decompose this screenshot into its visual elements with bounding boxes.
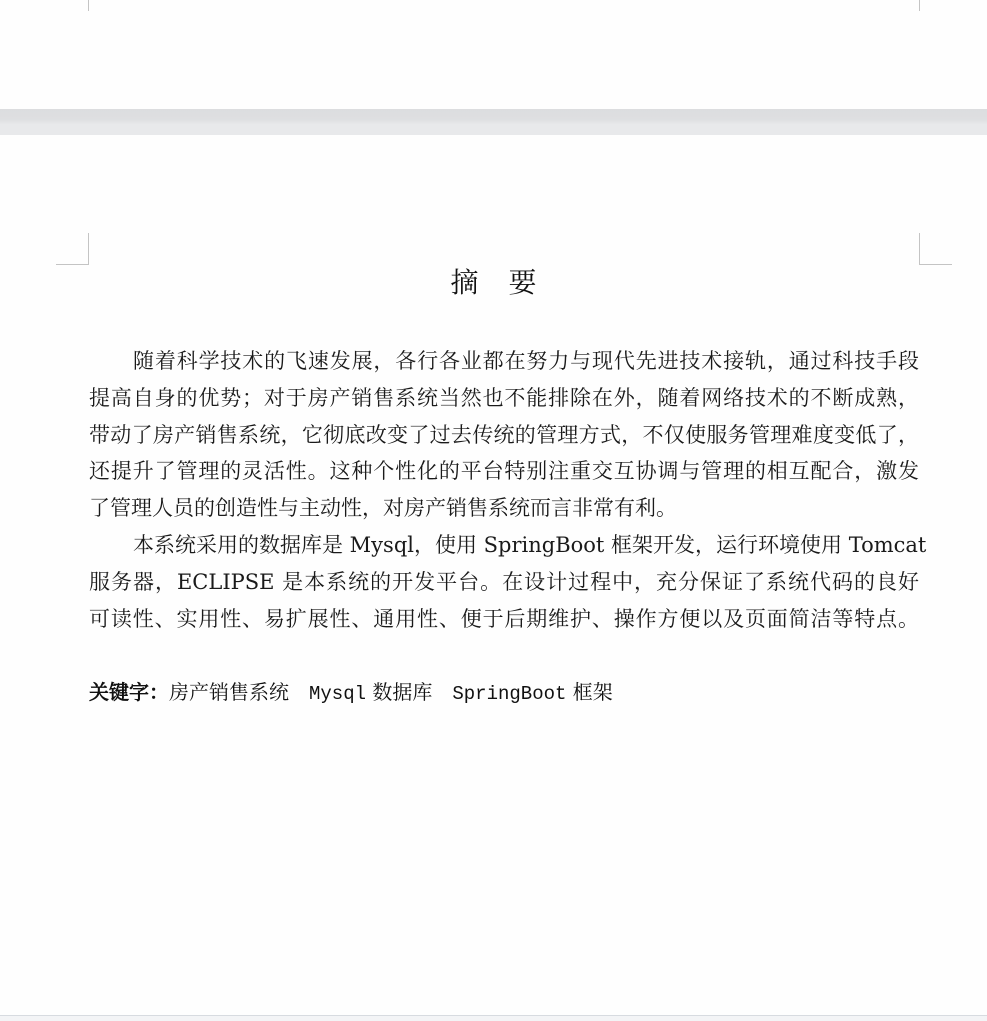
corner-mark-bottom-right [919,0,920,11]
text-line: 了管理人员的创造性与主动性，对房产销售系统而言非常有利。 [89,490,919,527]
keyword-item: 房产销售系统 [169,680,289,704]
keyword-item: SpringBoot [452,683,566,705]
text-line: 可读性、实用性、易扩展性、通用性、便于后期维护、操作方便以及页面简洁等特点。 [89,601,919,638]
text-line: 还提升了管理的灵活性。这种个性化的平台特别注重交互协调与管理的相互配合，激发 [89,453,919,490]
keywords-line: 关键字：房产销售系统Mysql 数据库SpringBoot 框架 [89,676,613,710]
previous-page [0,0,987,109]
keyword-item: Mysql [309,683,366,705]
abstract-paragraph-1: 随着科学技术的飞速发展，各行各业都在努力与现代先进技术接轨，通过科技手段 提高自… [89,343,919,527]
corner-mark-top-right-vertical [919,233,920,264]
corner-mark-top-left-vertical [88,233,89,264]
keyword-item: 数据库 [372,680,432,704]
keyword-item: 框架 [573,680,613,704]
title-char-2: 要 [509,263,537,303]
page-separator [0,109,987,135]
next-page-gap [0,1016,987,1021]
abstract-paragraph-2: 本系统采用的数据库是 Mysql，使用 SpringBoot 框架开发，运行环境… [89,527,919,637]
text-line: 提高自身的优势；对于房产销售系统当然也不能排除在外，随着网络技术的不断成熟， [89,380,919,417]
text-line: 随着科学技术的飞速发展，各行各业都在努力与现代先进技术接轨，通过科技手段 [89,343,919,380]
title-char-1: 摘 [450,263,478,303]
keywords-label: 关键字： [89,680,169,704]
text-line: 带动了房产销售系统，它彻底改变了过去传统的管理方式，不仅使服务管理难度变低了， [89,417,919,454]
text-line: 本系统采用的数据库是 Mysql，使用 SpringBoot 框架开发，运行环境… [89,527,919,564]
corner-mark-bottom-left [88,0,89,11]
abstract-title: 摘要 [0,263,987,303]
text-line: 服务器，ECLIPSE 是本系统的开发平台。在设计过程中，充分保证了系统代码的良… [89,564,919,601]
abstract-body: 随着科学技术的飞速发展，各行各业都在努力与现代先进技术接轨，通过科技手段 提高自… [89,343,919,637]
